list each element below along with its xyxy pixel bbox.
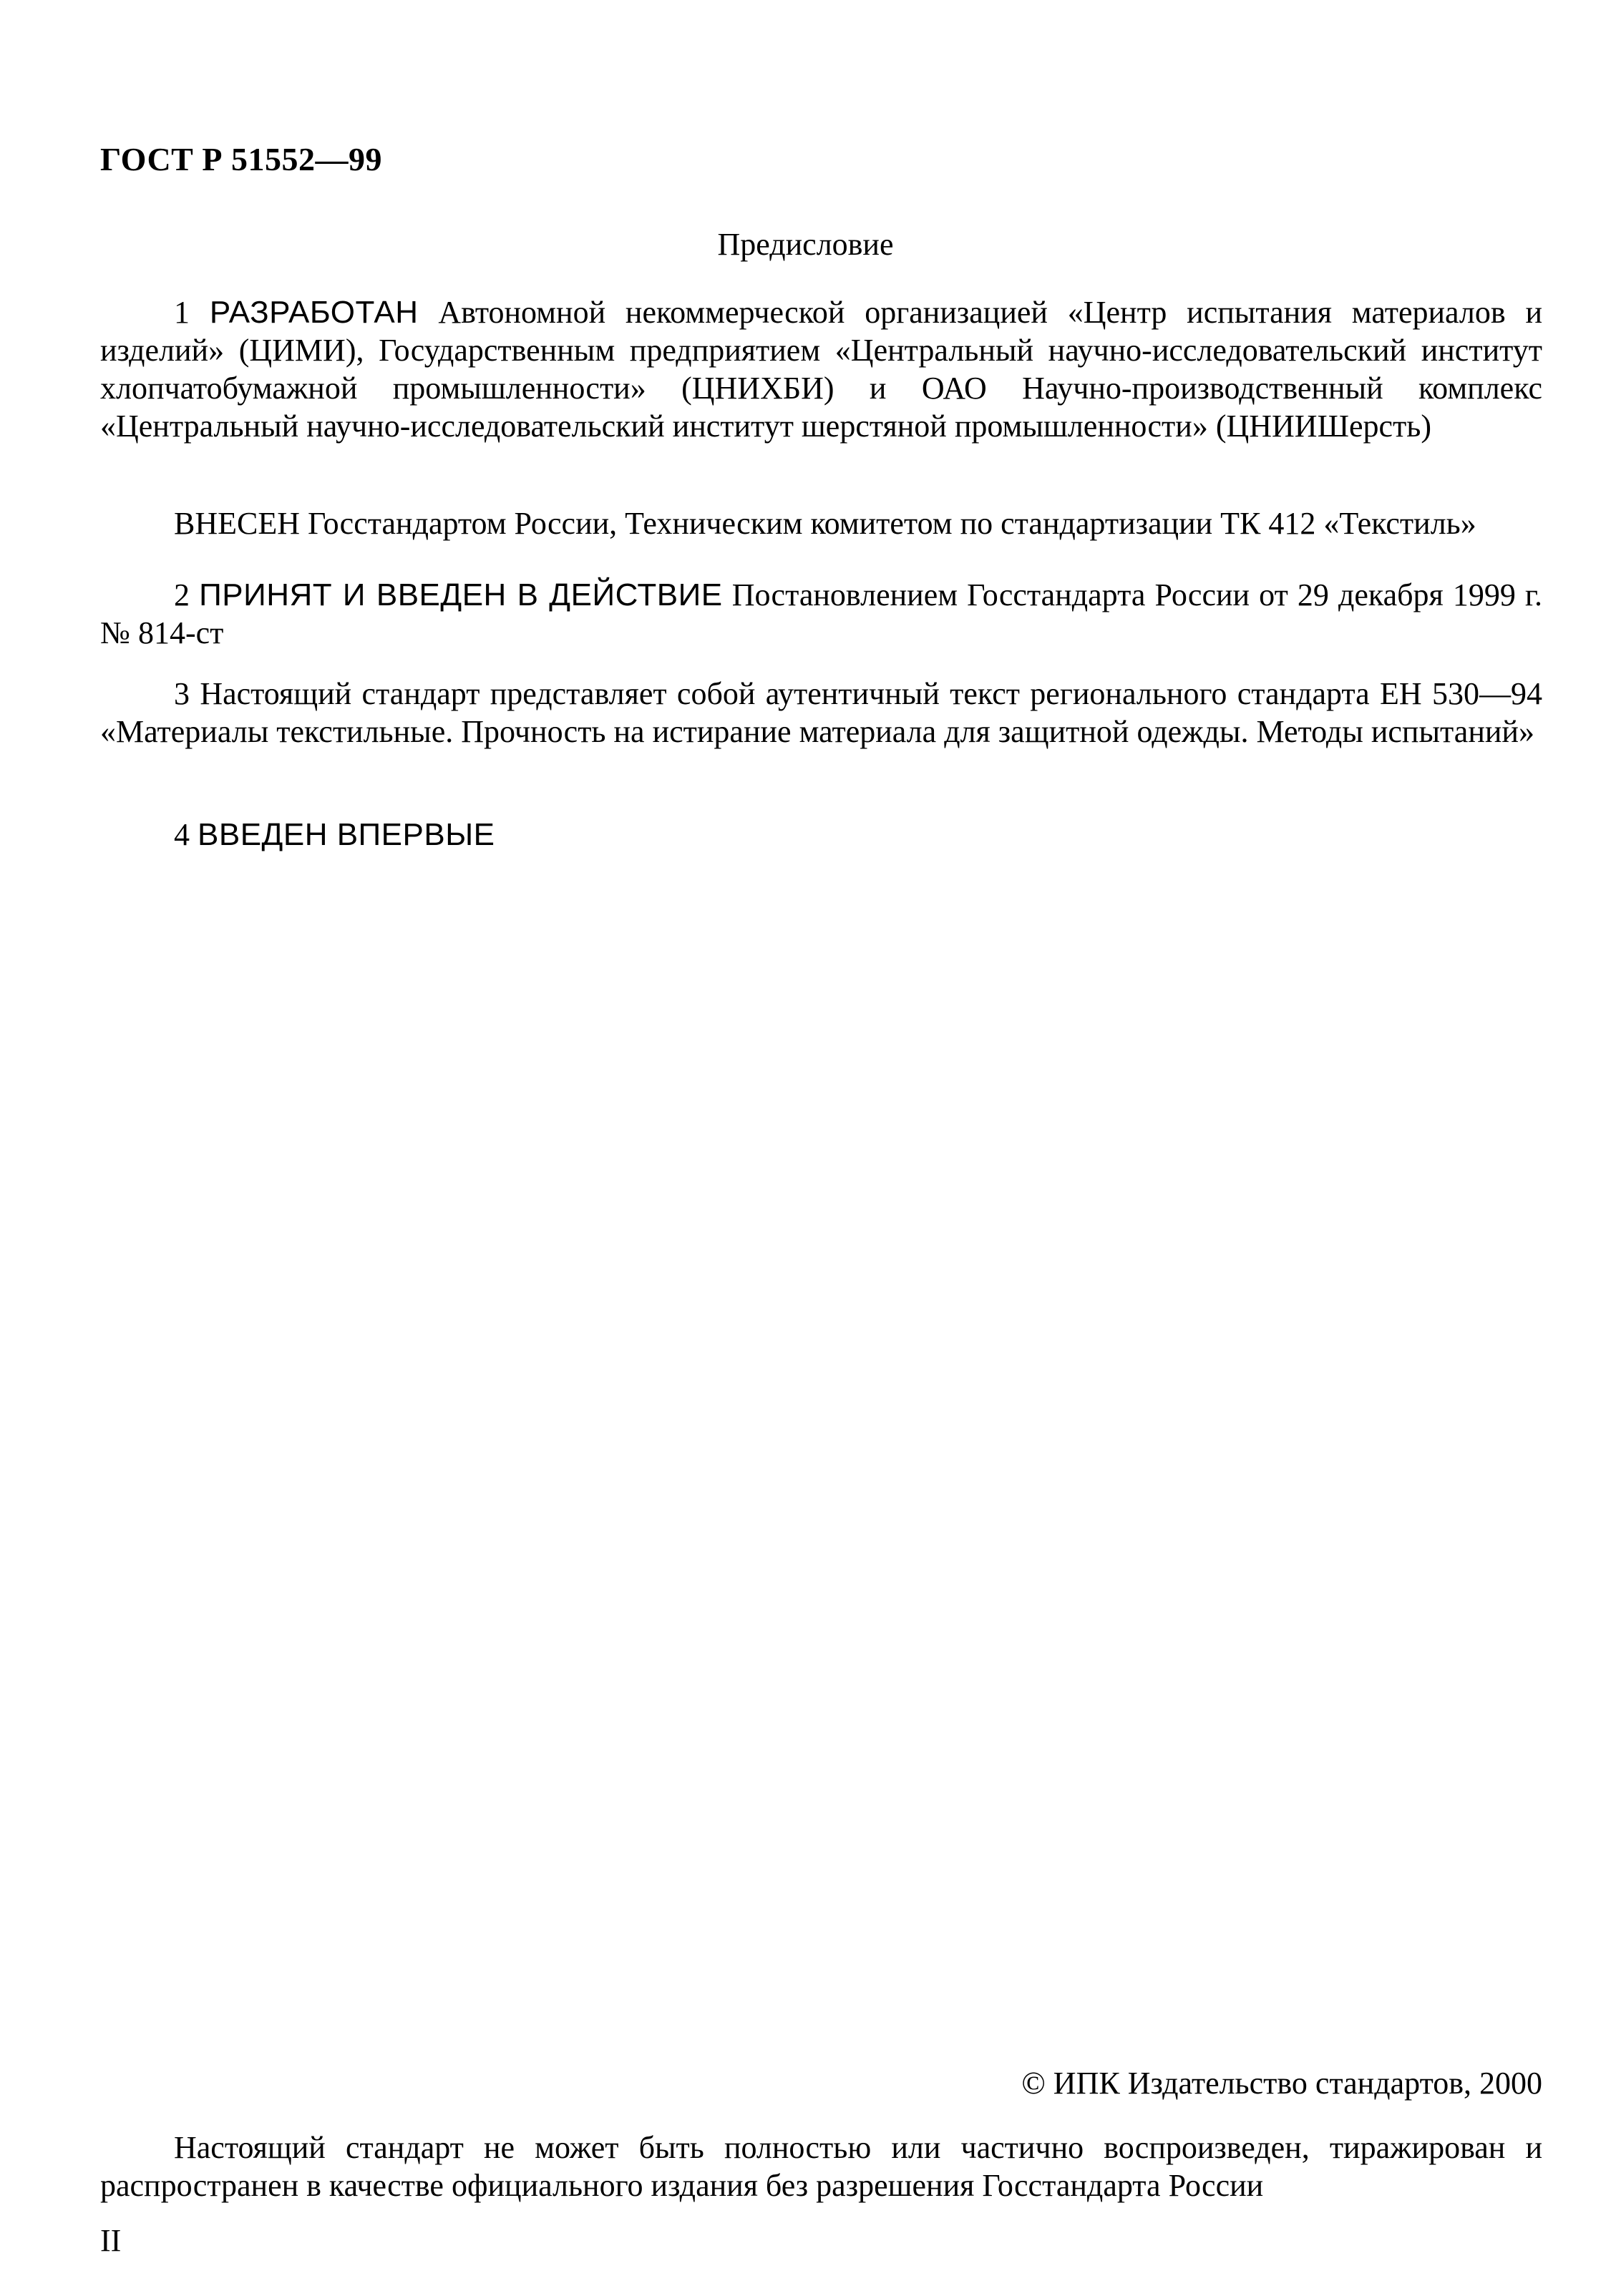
foreword-item-authentic-text: 3 Настоящий стандарт представляет собой … <box>100 675 1542 751</box>
item-number: 4 <box>174 817 190 852</box>
item-lead: РАЗРАБОТАН <box>210 295 419 330</box>
document-code: ГОСТ Р 51552—99 <box>100 143 382 176</box>
item-lead: ПРИНЯТ И ВВЕДЕН В ДЕЙСТВИЕ <box>199 577 723 612</box>
copyright-notice: © ИПК Издательство стандартов, 2000 <box>1021 2064 1542 2102</box>
document-page: ГОСТ Р 51552—99 Предисловие 1 РАЗРАБОТАН… <box>0 0 1611 2296</box>
item-lead: ВВЕДЕН ВПЕРВЫЕ <box>198 817 495 852</box>
foreword-item-developed: 1 РАЗРАБОТАН Автономной некоммерческой о… <box>100 293 1542 445</box>
item-lead: ВНЕСЕН <box>174 506 300 541</box>
item-number: 2 <box>174 577 190 612</box>
item-number: 1 <box>174 295 190 330</box>
foreword-item-introduced-first: 4 ВВЕДЕН ВПЕРВЫЕ <box>100 816 1542 854</box>
item-text: Госстандартом России, Техническим комите… <box>308 506 1476 541</box>
reproduction-notice: Настоящий стандарт не может быть полност… <box>100 2129 1542 2204</box>
page-number: II <box>100 2225 121 2257</box>
item-number: 3 <box>174 676 190 711</box>
section-title-foreword: Предисловие <box>0 229 1611 260</box>
foreword-item-adopted: 2 ПРИНЯТ И ВВЕДЕН В ДЕЙСТВИЕ Постановлен… <box>100 576 1542 652</box>
item-text: Настоящий стандарт представляет собой ау… <box>100 676 1542 749</box>
foreword-item-submitted: ВНЕСЕН Госстандартом России, Техническим… <box>100 504 1542 542</box>
